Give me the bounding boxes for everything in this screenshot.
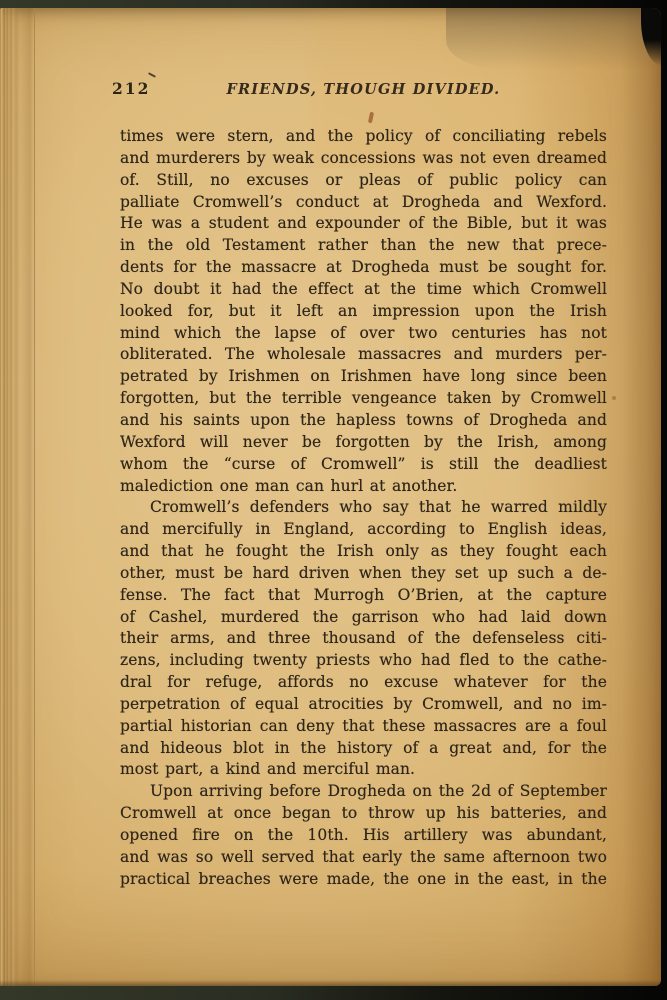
text-line: Upon arriving before Drogheda on the 2d …: [120, 781, 607, 803]
text-line: dral for refuge, affords no excuse whate…: [120, 672, 607, 694]
text-line: He was a student and expounder of the Bi…: [120, 213, 607, 235]
book-page: 212 FRIENDS, THOUGH DIVIDED. times were …: [0, 8, 661, 986]
paper-speck: [612, 396, 616, 400]
paper-speck: [588, 743, 593, 747]
page-curl-shadow: [446, 8, 661, 70]
text-line: and murderers by weak concessions was no…: [120, 148, 607, 170]
text-line: mind which the lapse of over two centuri…: [120, 323, 607, 345]
text-line: partial historian can deny that these ma…: [120, 716, 607, 738]
scan-background: 212 FRIENDS, THOUGH DIVIDED. times were …: [0, 0, 667, 1000]
text-line: looked for, but it left an impression up…: [120, 301, 607, 323]
text-line: obliterated. The wholesale massacres and…: [120, 344, 607, 366]
text-line: forgotten, but the terrible vengeance ta…: [120, 388, 607, 410]
text-line: Wexford will never be forgotten by the I…: [120, 432, 607, 454]
text-line: and his saints upon the hapless towns of…: [120, 410, 607, 432]
text-line: Cromwell at once began to throw up his b…: [120, 803, 607, 825]
text-line: whom the “curse of Cromwell” is still th…: [120, 454, 607, 476]
text-line: times were stern, and the policy of conc…: [120, 126, 607, 148]
text-line: perpetration of equal atrocities by Crom…: [120, 694, 607, 716]
text-line: and mercifully in England, according to …: [120, 519, 607, 541]
text-line: malediction one man can hurl at another.: [120, 476, 607, 498]
text-line: most part, a kind and merciful man.: [120, 759, 607, 781]
text-line: their arms, and three thousand of the de…: [120, 628, 607, 650]
text-line: palliate Cromwell’s conduct at Drogheda …: [120, 192, 607, 214]
text-line: in the old Testament rather than the new…: [120, 235, 607, 257]
text-line: of Cashel, murdered the garrison who had…: [120, 607, 607, 629]
text-line: and hideous blot in the history of a gre…: [120, 738, 607, 760]
page-stack-edges: [0, 8, 35, 986]
print-artifact-mark: [148, 72, 156, 78]
text-line: petrated by Irishmen on Irishmen have lo…: [120, 366, 607, 388]
text-line: opened fire on the 10th. His artillery w…: [120, 825, 607, 847]
running-header-title: FRIENDS, THOUGH DIVIDED.: [120, 81, 607, 98]
text-line: of. Still, no excuses or pleas of public…: [120, 170, 607, 192]
text-line: No doubt it had the effect at the time w…: [120, 279, 607, 301]
text-line: Cromwell’s defenders who say that he war…: [120, 497, 607, 519]
text-line: zens, including twenty priests who had f…: [120, 650, 607, 672]
text-line: other, must be hard driven when they set…: [120, 563, 607, 585]
text-line: and that he fought the Irish only as the…: [120, 541, 607, 563]
page-body-text: times were stern, and the policy of conc…: [120, 126, 607, 891]
text-line: dents for the massacre at Drogheda must …: [120, 257, 607, 279]
text-line: fense. The fact that Murrogh O’Brien, at…: [120, 585, 607, 607]
text-line: and was so well served that early the sa…: [120, 847, 607, 869]
text-line: practical breaches were made, the one in…: [120, 869, 607, 891]
bottom-edge-shade: [0, 980, 661, 986]
